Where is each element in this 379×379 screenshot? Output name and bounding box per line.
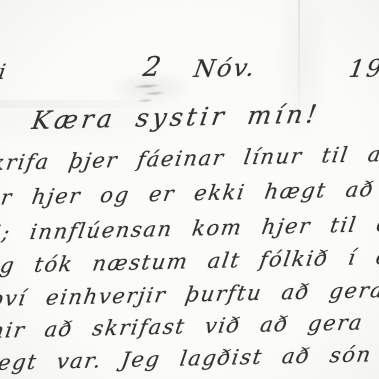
letter-line: því einhverjir þurftu að gera [0,278,379,311]
margin-fragment: i [0,60,7,84]
letter-scan-page: i 2 Nóv. 19 Kæra systir mín! krifa þjer … [0,0,379,379]
date-year-fragment: 19 [347,54,379,83]
letter-line: mir að skrifast við að gera þa [0,309,379,343]
letter-line: ur hjer og er ekki hægt að láta [0,176,379,210]
letter-line: og tók næstum alt fólkið í ein [0,244,379,278]
date-month: Nóv. [192,54,258,83]
salutation: Kæra systir mín! [30,100,322,135]
letter-line: i; innflúensan kom hjer til o [0,212,379,245]
letter-line: legt var. Jeg lagðist að són [0,342,374,375]
letter-line: krifa þjer fáeinar línur til að [0,142,379,175]
